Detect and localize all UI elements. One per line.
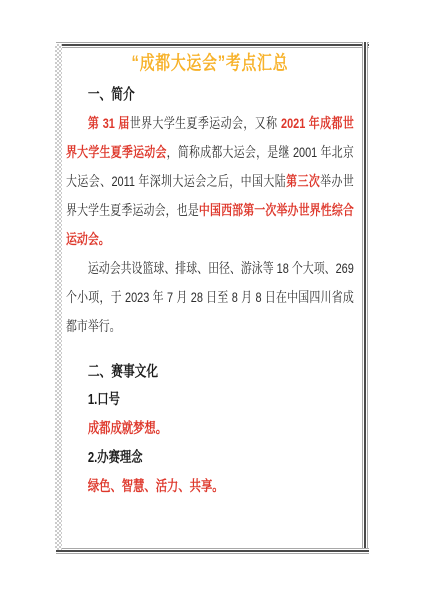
section-heading-culture: 二、赛事文化 [66, 357, 354, 386]
subheading-concept: 2.办赛理念 [66, 444, 354, 473]
text-run: 第 31 届 [88, 115, 130, 131]
page-border-right [362, 42, 368, 554]
text-run: 第三次 [286, 173, 320, 189]
page-border-left-dither [55, 44, 62, 550]
section-heading-intro: 一、简介 [66, 80, 354, 109]
intro-paragraph-1: 第 31 届世界大学生夏季运动会，又称 2021 年成都世界大学生夏季运动会，简… [66, 109, 354, 254]
subheading-slogan: 1.口号 [66, 386, 354, 415]
document-title: “成都大运会”考点汇总 [66, 48, 354, 80]
text-run: 世界大学生夏季运动会，又称 [130, 115, 281, 131]
page-border-bottom [56, 548, 369, 554]
slogan-text: 成都成就梦想。 [66, 415, 354, 444]
intro-paragraph-2: 运动会共设篮球、排球、田径、游泳等 18 个大项、269 个小项，于 2023 … [66, 254, 354, 341]
text-run: 运动会共设篮球、排球、田径、游泳等 18 个大项、269 个小项，于 2023 … [66, 260, 354, 334]
document-content: “成都大运会”考点汇总 一、简介 第 31 届世界大学生夏季运动会，又称 202… [66, 48, 354, 502]
concept-text: 绿色、智慧、活力、共享。 [66, 473, 354, 502]
document-page: “成都大运会”考点汇总 一、简介 第 31 届世界大学生夏季运动会，又称 202… [0, 0, 424, 600]
